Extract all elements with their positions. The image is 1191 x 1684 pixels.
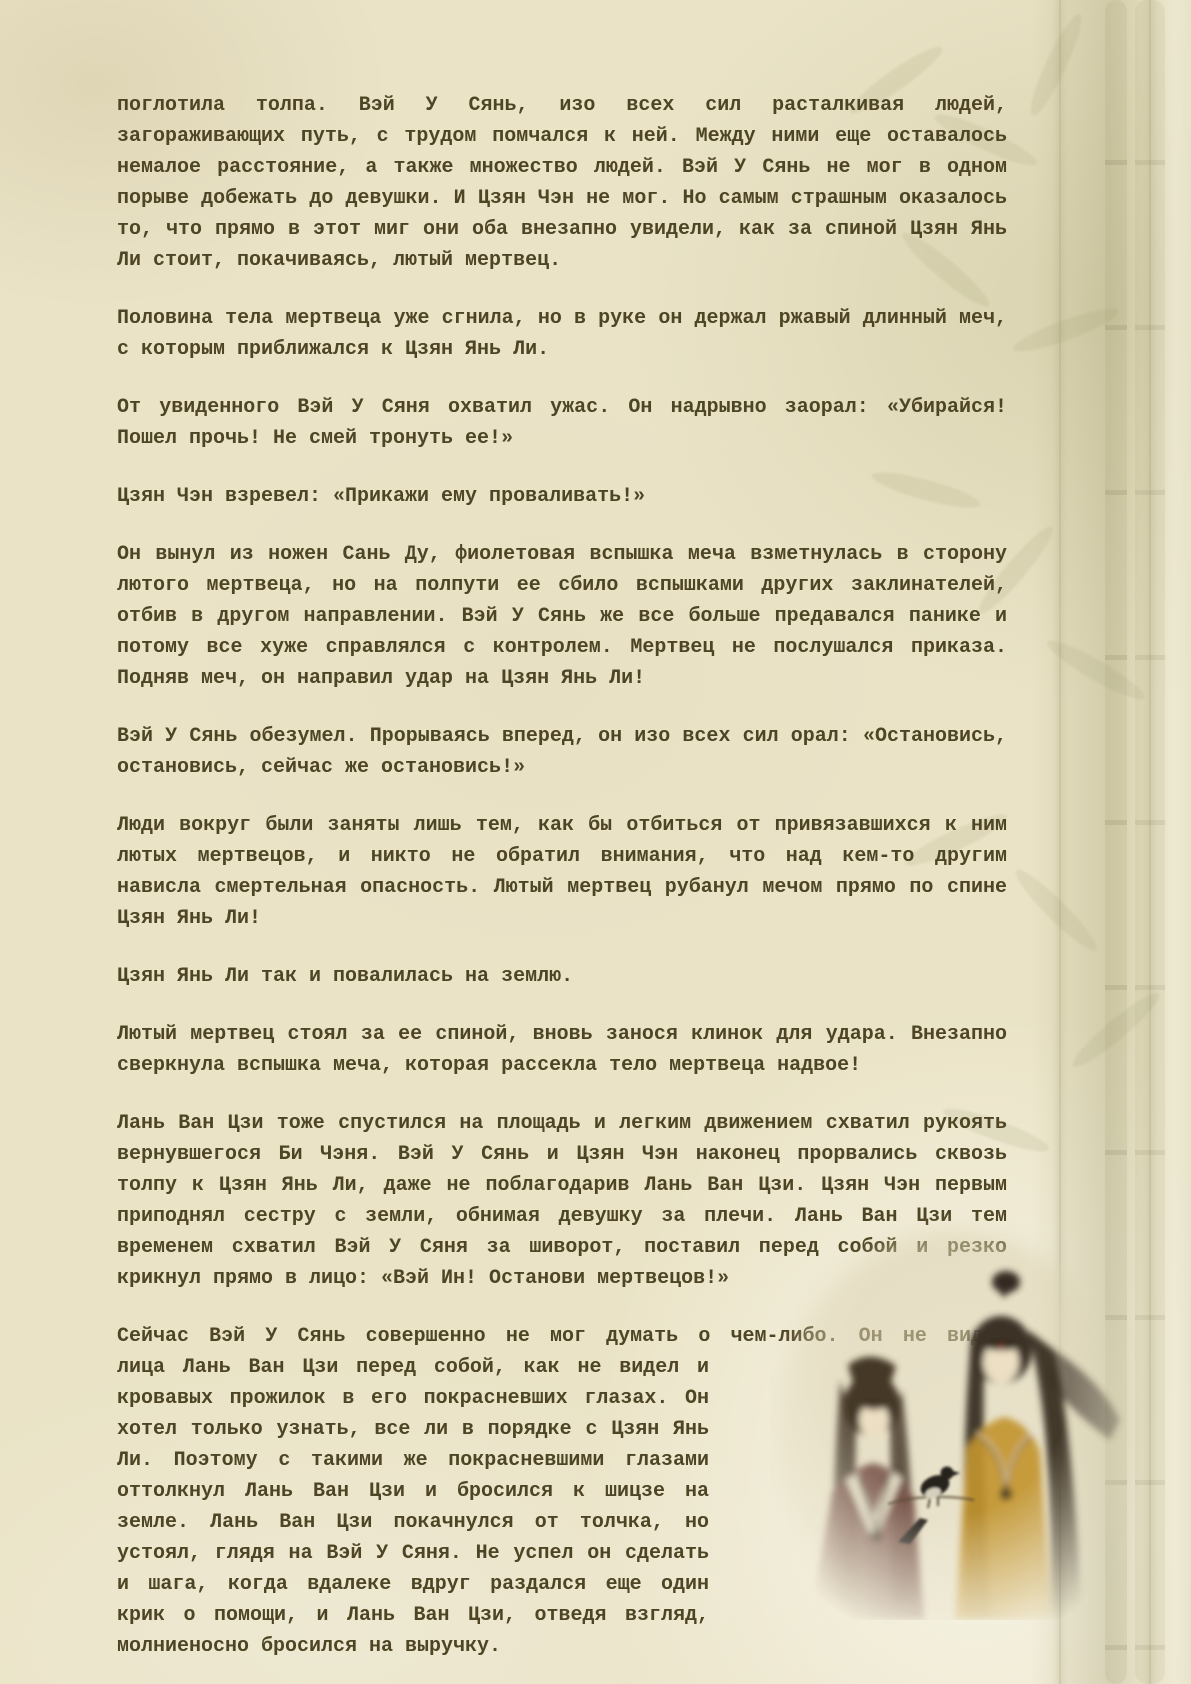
paragraph-9: Лютый мертвец стоял за ее спиной, вновь … (117, 1019, 1007, 1081)
paragraph-6: Вэй У Сянь обезумел. Прорываясь вперед, … (117, 721, 1007, 783)
character-illustration (770, 1180, 1140, 1620)
paragraph-8: Цзян Янь Ли так и повалилась на землю. (117, 961, 1007, 992)
paragraph-5: Он вынул из ножен Сань Ду, фиолетовая вс… (117, 539, 1007, 694)
paragraph-3: От увиденного Вэй У Сяня охватил ужас. О… (117, 392, 1007, 454)
paragraph-1: поглотила толпа. Вэй У Сянь, изо всех си… (117, 90, 1007, 276)
paragraph-7: Люди вокруг были заняты лишь тем, как бы… (117, 810, 1007, 934)
paragraph-11-wrapped: лица Лань Ван Цзи перед собой, как не ви… (117, 1352, 709, 1662)
paragraph-4: Цзян Чэн взревел: «Прикажи ему провалива… (117, 481, 1007, 512)
book-page: поглотила толпа. Вэй У Сянь, изо всех си… (0, 0, 1191, 1684)
paragraph-2: Половина тела мертвеца уже сгнила, но в … (117, 303, 1007, 365)
